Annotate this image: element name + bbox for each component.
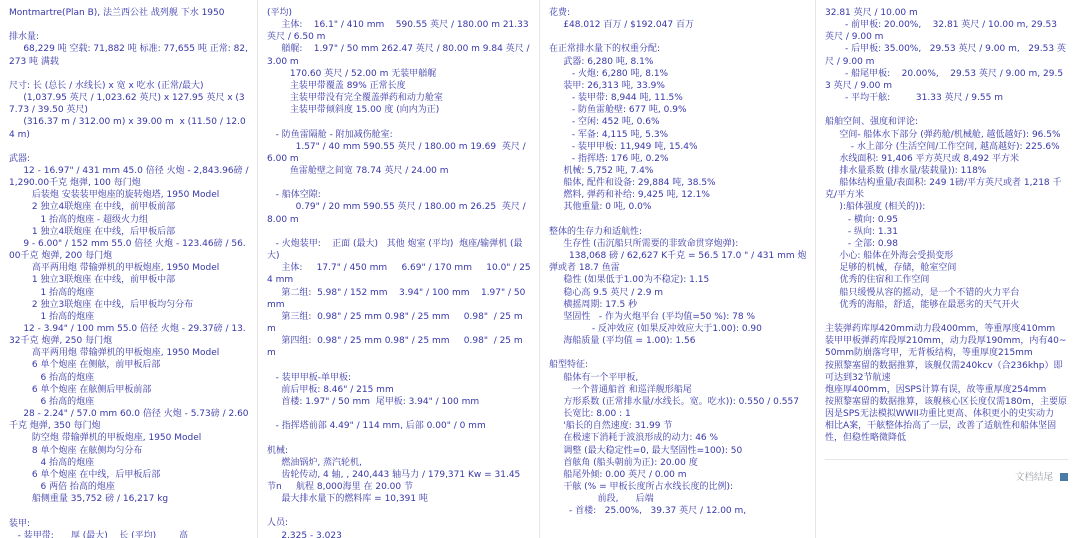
text-line: 船体有一个平甲板, [549,372,807,384]
text-line: 尺寸: 长 (总长 / 水线长) x 宽 x 吃水 (正常/最大) [9,80,249,92]
text-line: 生存性 (击沉船只所需要的非致命贯穿炮弹): [549,238,807,250]
text-line: - 空闲: 452 吨, 0.6% [549,116,807,128]
text-line: 稳性 (如果低于1.00为不稳定): 1.15 [549,274,807,286]
text-line [9,19,249,31]
text-line: 横摇周期: 17.5 秒 [549,299,807,311]
text-line: 前后甲板: 8.46" / 215 mm [267,384,531,396]
text-line [267,359,531,371]
document-end-marker-icon [1060,473,1068,481]
text-line: - 后甲板: 35.00%, 29.53 英尺 / 9.00 m, 29.53 … [825,43,1068,67]
text-line: 齿轮传动, 4 轴, , 240,443 轴马力 / 179,371 Kw = … [267,469,531,493]
text-line [267,432,531,444]
document-page: Montmartre(Plan B), 法兰西公社 战列舰 下水 1950排水量… [0,0,1080,538]
text-line: 小心: 船体在外海会受损变形 [825,250,1068,262]
text-line: - 指挥塔前部 4.49" / 114 mm, 后部 0.00" / 0 mm [267,420,531,432]
text-line: 装甲甲板弹药库段厚210mm，动力段厚190mm，内有40~50mm防崩落穹甲，… [825,335,1068,359]
text-line: 调整 (最大稳定性=0, 最大坚固性=100): 50 [549,445,807,457]
text-line: - 首楼: 25.00%, 39.37 英尺 / 12.00 m, [549,505,807,517]
text-line: 高平两用炮 带输弹机的甲板炮座, 1950 Model [9,262,249,274]
document-end-label: 文档结尾 [1015,472,1053,483]
text-line: 船型特征: [549,359,807,371]
text-line: 装甲: 26,313 吨, 33.9% [549,80,807,92]
text-line: 人员: [267,517,531,529]
text-line: - 船尾甲板: 20.00%, 29.53 英尺 / 9.00 m, 29.53… [825,68,1068,92]
text-line: 船体, 配件和设备: 29,884 吨, 38.5% [549,177,807,189]
text-line: 武器: 6,280 吨, 8.1% [549,56,807,68]
text-line: 在正常排水量下的权重分配: [549,43,807,55]
text-line: - 装甲甲板: 11,949 吨, 15.4% [549,141,807,153]
text-line: ):船体强度 (相关的)): [825,201,1068,213]
text-line: - 火炮装甲: 正面 (最大) 其他 炮室 (平均) 炮座/输弹机 (最大) [267,238,531,262]
text-line: 优秀的海船，舒适，能够在最恶劣的天气开火 [825,299,1068,311]
text-line: (316.37 m / 312.00 m) x 39.00 m x (11.50… [9,116,249,140]
text-line: 2 独立4联炮座 在中线，前甲板前部 [9,201,249,213]
text-line: 首楼: 1.97" / 50 mm 尾甲板: 3.94" / 100 mm [267,396,531,408]
text-line: - 前甲板: 20.00%, 32.81 英尺 / 10.00 m, 29.53… [825,19,1068,43]
text-line: - 防鱼雷隔舱 - 附加减伤舱室: [267,129,531,141]
text-column-2: (平均) 主体: 16.1" / 410 mm 590.55 英尺 / 180.… [258,0,540,538]
text-line: 船尾外倾: 0.00 英尺 / 0.00 m [549,469,807,481]
text-line: 相比A案，干舷整体抬高了一层，改善了适航性和船体坚固性，但稳性略微降低 [825,420,1068,444]
text-line: 燃油锅炉, 蒸汽轮机, [267,457,531,469]
text-line: 主装甲带倾斜度 15.00 度 (向内为正) [267,104,531,116]
text-line: 干舷 (% = 甲板长度所占水线长度的比例): [549,481,807,493]
text-line: 主体: 17.7" / 450 mm 6.69" / 170 mm 10.0" … [267,262,531,286]
text-line: 1 抬高的炮座 [9,287,249,299]
text-line: 空间- 船体水下部分 (弹药舱/机械舱, 越低越好): 96.5% [825,129,1068,141]
text-line: - 全部: 0.98 [825,238,1068,250]
text-line: 6 单个炮座 在中线，后甲板后部 [9,469,249,481]
text-line: 8 单个炮座 在舷侧均匀分布 [9,445,249,457]
text-line: 6 抬高的炮座 [9,396,249,408]
text-line: - 装甲甲板-单甲板: [267,372,531,384]
text-line [549,347,807,359]
text-line: 2 独立3联炮座 在中线，后甲板均匀分布 [9,299,249,311]
text-line: 排水量系数 (排水量/装载量)): 118% [825,165,1068,177]
text-line: (1,037.95 英尺 / 1,023.62 英尺) x 127.95 英尺 … [9,92,249,116]
text-line: (平均) [267,7,531,19]
text-column-1: Montmartre(Plan B), 法兰西公社 战列舰 下水 1950排水量… [0,0,258,538]
text-line: 长宽比: 8.00 : 1 [549,408,807,420]
text-line: - 横向: 0.95 [825,214,1068,226]
text-line: 68,229 吨 空载: 71,882 吨 标准: 77,655 吨 正常: 8… [9,43,249,67]
text-line: 船只缓慢从容的摇动，是一个不错的火力平台 [825,287,1068,299]
text-line: 花费: [549,7,807,19]
text-line: '船长的自然速度: 31.99 节 [549,420,807,432]
text-line: 首舷角 (船头朝前为正): 20.00 度 [549,457,807,469]
text-line: 排水量: [9,31,249,43]
text-line: 1 独立4联炮座 在中线，后甲板后部 [9,226,249,238]
text-line: 机械: 5,752 吨, 7.4% [549,165,807,177]
text-line [825,104,1068,116]
text-line: 按照黎塞留的数据推算，该舰核心区长度仅需180m，主要原因是SPS无法模拟WWI… [825,396,1068,420]
text-line: 9 - 6.00" / 152 mm 55.0 倍径 火炮 - 123.46磅 … [9,238,249,262]
text-line: 6 单个炮座 在舷侧后甲板前部 [9,384,249,396]
text-line: 武器: [9,153,249,165]
text-line [9,68,249,80]
text-line: 一个普通船首 和巡洋舰形船尾 [549,384,807,396]
text-line [825,311,1068,323]
text-line [267,408,531,420]
text-line: 足够的机械，存储，舱室空间 [825,262,1068,274]
text-line: 1 抬高的炮座 [9,311,249,323]
text-line: 0.79" / 20 mm 590.55 英尺 / 180.00 m 26.25… [267,201,531,225]
text-line: 32.81 英尺 / 10.00 m [825,7,1068,19]
text-line: 主装弹药库厚420mm动力段400mm，等重厚度410mm [825,323,1068,335]
text-line: 6 单个炮座 在侧舷，前甲板后部 [9,359,249,371]
text-line: 海船质量 (平均值 = 1.00): 1.56 [549,335,807,347]
text-line: 按照黎塞留的数据推算，该舰仅需240kcv（合236khp）即可达到32节航速 [825,360,1068,384]
text-line: 第二组: 5.98" / 152 mm 3.94" / 100 mm 1.97"… [267,287,531,311]
text-line: - 水上部分 (生活空间/工作空间, 越高越好): 225.6% [825,141,1068,153]
text-line [267,177,531,189]
text-line [9,141,249,153]
text-line: - 反冲效应 (如果反冲效应大于1.00): 0.90 [549,323,807,335]
text-line [9,505,249,517]
text-line: 主体: 16.1" / 410 mm 590.55 英尺 / 180.00 m … [267,19,531,43]
text-line: 4 抬高的炮座 [9,457,249,469]
text-line: - 军备: 4,115 吨, 5.3% [549,129,807,141]
text-line [549,214,807,226]
text-line: - 装甲带: 厚 (最大) 长 (平均) 高 [9,530,249,538]
text-line: 1.57" / 40 mm 590.55 英尺 / 180.00 m 19.69… [267,141,531,165]
text-line [267,505,531,517]
text-column-3: 花费: £48.012 百万 / $192.047 百万在正常排水量下的权重分配… [540,0,816,538]
text-line [267,116,531,128]
text-line [549,31,807,43]
text-line: 28 - 2.24" / 57.0 mm 60.0 倍径 火炮 - 5.73磅 … [9,408,249,432]
text-line: 170.60 英尺 / 52.00 m 无装甲艏艉 [267,68,531,80]
text-line: 2,325 - 3,023 [267,530,531,538]
text-line: 1 抬高的炮座 - 超级火力组 [9,214,249,226]
text-line: 6 两倍 抬高的炮座 [9,481,249,493]
text-column-4: 32.81 英尺 / 10.00 m - 前甲板: 20.00%, 32.81 … [816,0,1080,538]
text-line: £48.012 百万 / $192.047 百万 [549,19,807,31]
text-line: 水线面积: 91,406 平方英尺或 8,492 平方米 [825,153,1068,165]
text-line: - 火炮: 6,280 吨, 8.1% [549,68,807,80]
text-line: 6 抬高的炮座 [9,372,249,384]
text-line: 前段, 后端 [549,493,807,505]
text-line: 第三组: 0.98" / 25 mm 0.98" / 25 mm 0.98" /… [267,311,531,335]
text-line: 坚固性 - 作为火炮平台 (平均值=50 %): 78 % [549,311,807,323]
text-line: 高平两用炮 带输弹机的甲板炮座, 1950 Model [9,347,249,359]
text-line: - 纵向: 1.31 [825,226,1068,238]
text-line: 主装甲带覆盖 89% 正常长度 [267,80,531,92]
text-line: 12 - 16.97" / 431 mm 45.0 倍径 火炮 - 2,843.… [9,165,249,189]
text-line: 燃料, 弹药和补给: 9,425 吨, 12.1% [549,189,807,201]
text-line: 12 - 3.94" / 100 mm 55.0 倍径 火炮 - 29.37磅 … [9,323,249,347]
text-line: 主装甲带没有完全覆盖弹药和动力舱室 [267,92,531,104]
text-line: 鱼雷舱壁之间宽 78.74 英尺 / 24.00 m [267,165,531,177]
text-line: 138,068 磅 / 62,627 K千克 = 56.5 17.0 " / 4… [549,250,807,274]
text-line: 1 独立3联炮座 在中线，前甲板中部 [9,274,249,286]
text-line: 整体的生存力和适航性: [549,226,807,238]
text-line: 机械: [267,445,531,457]
text-line: 船侧重量 35,752 磅 / 16,217 kg [9,493,249,505]
text-line: 其他重量: 0 吨, 0.0% [549,201,807,213]
text-line: 方形系数 (正常排水量/水线长。宽。吃水)): 0.550 / 0.557 [549,396,807,408]
text-line: - 防鱼雷舱壁: 677 吨, 0.9% [549,104,807,116]
text-line: 第四组: 0.98" / 25 mm 0.98" / 25 mm 0.98" /… [267,335,531,359]
document-end-footer: 文档结尾 [825,459,1068,484]
text-line: 防空炮 带输弹机的甲板炮座, 1950 Model [9,432,249,444]
text-line: 稳心高 9.5 英尺 / 2.9 m [549,287,807,299]
document-title: Montmartre(Plan B), 法兰西公社 战列舰 下水 1950 [9,7,249,19]
text-line: 船体结构重量/表面积: 249 1磅/平方英尺或者 1,218 千克/平方米 [825,177,1068,201]
text-line: 炮座厚400mm，因SPS计算有误，故等重厚度254mm [825,384,1068,396]
text-line: 船舶空间、强度和评论: [825,116,1068,128]
text-line: - 平均干舷: 31.33 英尺 / 9.55 m [825,92,1068,104]
text-line: 最大排水量下的燃料库 = 10,391 吨 [267,493,531,505]
text-line: - 装甲带: 8,944 吨, 11.5% [549,92,807,104]
text-line: 优秀的住宿和工作空间 [825,274,1068,286]
text-line: 后装炮 安装装甲炮座的旋转炮塔, 1950 Model [9,189,249,201]
text-line: 在极速下消耗于波浪形成的动力: 46 % [549,432,807,444]
text-line: - 指挥塔: 176 吨, 0.2% [549,153,807,165]
text-line: - 船体空隙: [267,189,531,201]
text-line: 艏艉: 1.97" / 50 mm 262.47 英尺 / 80.00 m 9.… [267,43,531,67]
text-line: 装甲: [9,518,249,530]
text-line [267,226,531,238]
